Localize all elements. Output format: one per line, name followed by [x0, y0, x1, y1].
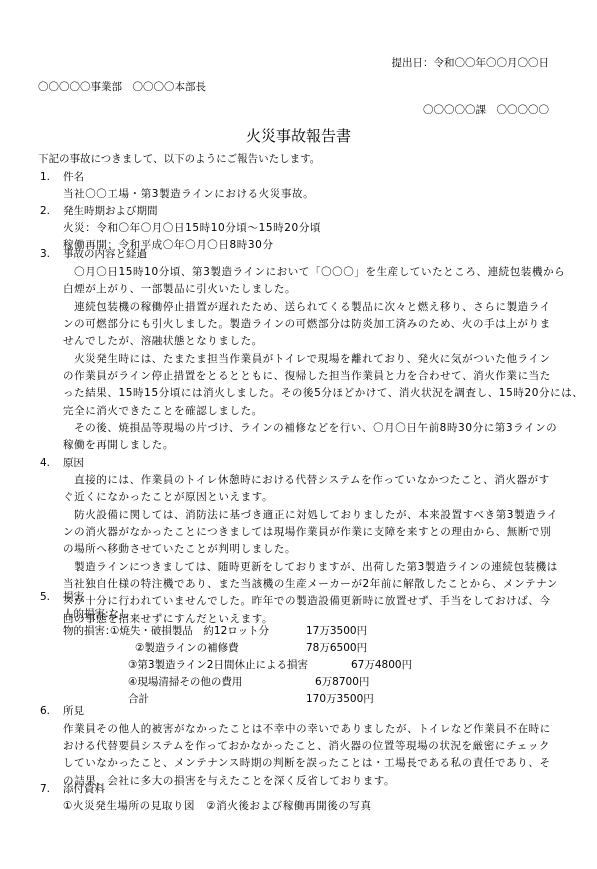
section-line: 火災：令和〇年〇月〇日15時10分頃～15時20分頃	[63, 221, 321, 235]
section-line: ンの可燃部分にも引火しました。製造ラインの可燃部分は防炎加工済みのため、火の手は…	[63, 317, 551, 331]
section-number: 2.	[40, 204, 50, 218]
damage-item-label: ①焼失・破損製品 約12ロット分	[110, 624, 269, 638]
section-line: 当社〇〇工場・第3製造ラインにおける火災事故。	[63, 187, 314, 201]
section-heading: 発生時期および期間	[63, 204, 158, 218]
damage-item-amount: 67万4800円	[351, 658, 412, 672]
section-line: 防火設備に関しては、消防法に基づき適正に対処しておりましたが、本来設置すべき第3…	[63, 508, 558, 522]
damage-item-label: ③第3製造ライン2日間休止による損害	[128, 658, 308, 672]
property-damage-label: 物的損害：	[63, 624, 116, 638]
section-heading: 所見	[63, 704, 84, 718]
damage-total-amount: 170万3500円	[306, 692, 374, 706]
section-line: ンの消火器がなかったことにつきましては現場作業員が作業に支障を来すとの理由から、…	[63, 525, 551, 539]
section-number: 7.	[40, 782, 50, 796]
section-number: 6.	[40, 704, 50, 718]
section-number: 1.	[40, 170, 50, 184]
section-line: 連続包装機の稼働停止措置が遅れたため、送られてくる製品に次々と燃え移り、さらに製…	[63, 300, 551, 314]
section-line: 完全に消火できたことを確認しました。	[63, 404, 263, 418]
section-line: 製造ラインにつきましては、随時更新をしておりますが、出荷した第3製造ラインの連続…	[63, 560, 558, 574]
section-line: していなかったこと、メンテナンス時期の判断を誤ったことは・工場長である私の責任で…	[63, 756, 551, 770]
section-line: 当社独自仕様の特注機であり、また当該機の生産メーカーが2年前に解散したことから、…	[63, 577, 558, 591]
section-line: 直接的には、作業員のトイレ休憩時における代替システムを作っていなかつたこと、消火…	[63, 473, 550, 487]
section-line: ①火災発生場所の見取り図 ②消火後および稼働再開後の写真	[63, 799, 372, 813]
section-heading: 原因	[63, 456, 84, 470]
section-line: の場所へ移動させていたことが判明しました。	[63, 542, 296, 556]
submission-date: 提出日：令和〇〇年〇〇月〇〇日	[392, 56, 550, 70]
section-number: 5.	[40, 590, 50, 604]
section-line: 〇月〇日15時10分頃、第3製造ラインにおいて「〇〇〇」を生産していたところ、連…	[63, 265, 565, 279]
damage-item-amount: 78万6500円	[306, 641, 367, 655]
section-line: 作業員その他人的被害がなかったことは不幸中の幸いでありましたが、トイレなど作業員…	[63, 722, 551, 736]
damage-total-label: 合計	[128, 692, 149, 706]
damage-item-amount: 6万8700円	[315, 675, 369, 689]
section-line: ぐ近くになかったことが原因といえます。	[63, 490, 273, 504]
recipient: 〇〇〇〇〇事業部 〇〇〇〇本部長	[38, 80, 206, 94]
damage-item-label: ④現場清掃その他の費用	[128, 675, 242, 689]
section-heading: 事故の内容と経過	[63, 247, 147, 261]
section-heading: 添付資料	[63, 782, 105, 796]
section-line: その後、焼損品等現場の片づけ、ラインの補修などを行い、〇月〇日午前8時30分に第…	[63, 421, 557, 435]
section-line: った結果、15時15分頃には消火しました。その後5分ほどかけて、消火状況を調査し…	[63, 386, 583, 400]
human-damage: 人的損害:なし	[63, 607, 130, 621]
section-line: スが十分に行われていませんでした。昨年での製造設備更新時に放置せず、手当をしてお…	[63, 594, 551, 608]
damage-item-label: ②製造ラインの補修費	[135, 641, 239, 655]
damage-item-amount: 17万3500円	[306, 624, 367, 638]
section-line: おける代替要員システムを作っておかなかったこと、消火器の位置等現場の状況を厳密に…	[63, 739, 550, 753]
section-line: の作業員がライン停止措置をとるとともに、復帰した担当作業員と力を合わせて、消火作…	[63, 369, 551, 383]
section-line: 火災発生時には、たまたま担当作業員がトイレで現場を離れており、発火に気がついた他…	[63, 352, 551, 366]
section-number: 4.	[40, 456, 50, 470]
section-line: 白煙が上がり、一部製品に引火いたしました。	[63, 282, 296, 296]
intro-text: 下記の事故につきまして、以下のようにご報告いたします。	[38, 152, 320, 166]
section-line: の詰果、会社に多大の損害を与えたことを深く反省しております。	[63, 774, 395, 788]
section-heading: 件名	[63, 170, 84, 184]
document-title: 火災事故報告書	[0, 127, 597, 145]
section-heading: 損害	[63, 590, 84, 604]
section-line: 稼働を再開しました。	[63, 438, 174, 452]
section-line: せんでしたが、溶融状態となりました。	[63, 334, 263, 348]
sender: 〇〇〇〇〇課 〇〇〇〇〇	[423, 103, 549, 117]
section-number: 3.	[40, 247, 50, 261]
